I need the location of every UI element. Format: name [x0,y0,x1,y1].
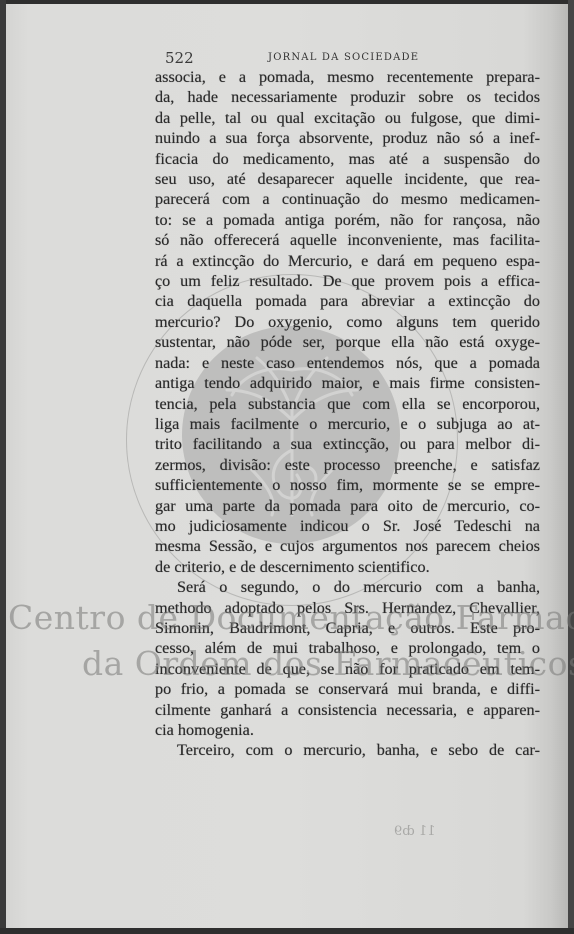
text-line-paragraph-start: Terceiro, com o mercurio, banha, e sebo … [155,740,540,760]
body-text: associa, e a pomada, mesmo recentemente … [155,67,540,761]
text-line: tencia, pela substancia que com ella se … [155,394,540,414]
text-line: sustentar, não póde ser, porque ella não… [155,332,540,352]
text-line: zermos, divisão: este processo preenche,… [155,455,540,475]
scan-border-bottom [0,928,574,934]
text-line: inconveniente de que, se não for pratica… [155,659,540,679]
text-line: cia homogenia. [155,720,540,740]
text-line: da, hade necessariamente produzir sobre … [155,87,540,107]
text-line: cia daquella pomada para abreviar a exti… [155,291,540,311]
scan-border-left [0,0,6,934]
text-line: sufficientemente o nosso fim, mormente s… [155,475,540,495]
page-header: 522 JORNAL DA SOCIEDADE [165,49,545,69]
text-line: ço um feliz resultado. De que provem poi… [155,271,540,291]
text-line: da pelle, tal ou qual excitação ou fulgo… [155,108,540,128]
scan-border-right [568,0,574,934]
text-line: parecerá com a continuação do mesmo medi… [155,189,540,209]
text-line: antiga tendo adquirido maior, e mais fir… [155,373,540,393]
text-line: mo judiciosamente indicou o Sr. José Ted… [155,516,540,536]
text-line: liga mais facilmente o mercurio, e o sub… [155,414,540,434]
text-line: po frio, a pomada se conservará mui bran… [155,679,540,699]
text-line: nuindo a sua força absorvente, produz nã… [155,128,540,148]
page-number: 522 [165,49,194,67]
text-line: mercurio? Do oxygenio, como alguns tem q… [155,312,540,332]
text-line: gar uma parte da pomada para oito de mer… [155,496,540,516]
running-head: JORNAL DA SOCIEDADE [268,52,419,63]
text-line: mesma Sessão, e cujos argumentos nos par… [155,536,540,556]
text-line: rá a extincção do Mercurio, e dará em pe… [155,251,540,271]
text-line: de criterio, e de descernimento scientif… [155,557,540,577]
text-line: to: se a pomada antiga porém, não for ra… [155,210,540,230]
text-line: nada: e neste caso entendemos nós, que a… [155,353,540,373]
text-line: seu uso, até desaparecer aquelle inciden… [155,169,540,189]
text-line: Simonin, Baudrimont, Capria, e outros. E… [155,618,540,638]
text-line-paragraph-start: Será o segundo, o do mercurio com a banh… [155,577,540,597]
text-line: só não offerecerá aquelle inconveniente,… [155,230,540,250]
text-line: trito facilitando a sua extincção, ou pa… [155,434,540,454]
text-line: cilmente ganhará a consistencia necessar… [155,700,540,720]
bleed-through-mark: 11 ȸ9 [394,824,435,839]
text-line: ficacia do medicamento, mas até a suspen… [155,149,540,169]
text-line: methodo adoptado pelos Srs. Hernandez, C… [155,598,540,618]
text-line: associa, e a pomada, mesmo recentemente … [155,67,540,87]
text-line: cesso, além de mui trabalhoso, e prolong… [155,638,540,658]
